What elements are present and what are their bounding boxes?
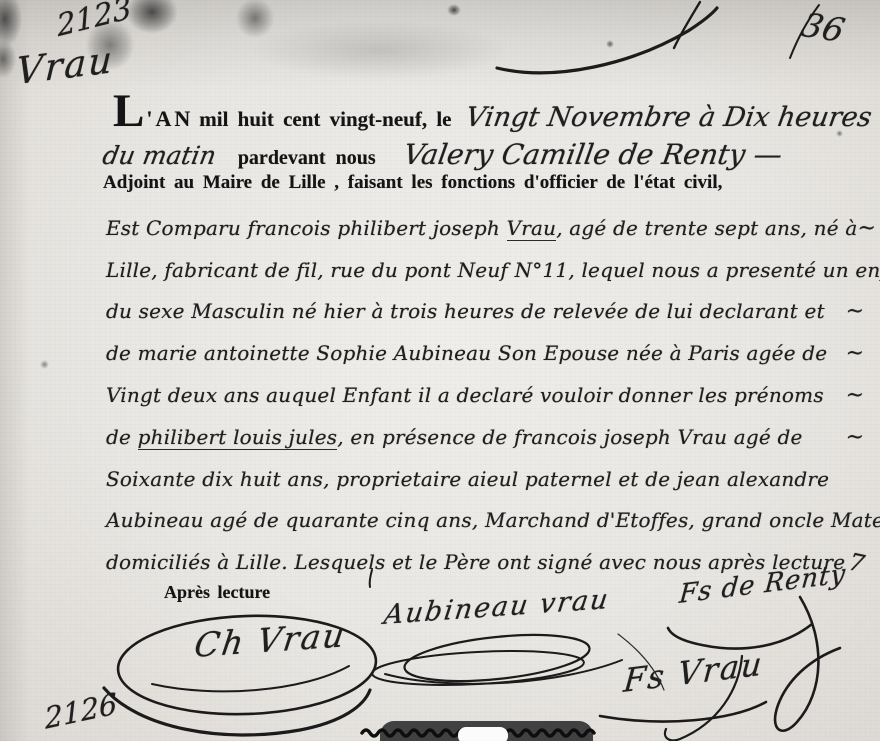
act-line: Lille, fabricant de fil, rue du pont Neu… [106, 243, 864, 285]
ink-smudge [0, 0, 22, 46]
header-year-line: mil huit cent vingt-neuf, le [199, 107, 451, 132]
ink-speck [447, 4, 461, 16]
margin-name-vrau: Vrau [15, 38, 115, 94]
act-line: Soixante dix huit ans, proprietaire aieu… [106, 452, 864, 494]
signature-underline-swoosh [152, 666, 349, 691]
renty-loop-descender [775, 597, 840, 731]
signature-aubineau: Aubineau vrau [382, 584, 612, 631]
margin-number-top: 2123 [55, 0, 133, 44]
ink-speck [40, 360, 49, 369]
line-end-mark: ~ [857, 215, 875, 243]
line-end-mark: ~ [846, 424, 864, 452]
pardevant-nous: pardevant nous [238, 147, 376, 170]
signature-ch-vrau: Ch Vrau [192, 615, 349, 665]
act-line: Aubineau agé de quarante cinq ans, March… [106, 494, 864, 536]
fsvrau-underline [600, 702, 766, 721]
signature-fs-vrau: Fs Vrau [622, 644, 765, 700]
ink-smudge [126, 0, 178, 34]
line-end-mark: ~ [846, 382, 864, 410]
officer-name-fill: Valery Camille de Renty — [401, 138, 784, 171]
act-line: Est Comparu francois philibert joseph Vr… [106, 201, 864, 243]
act-header-line2: du matin pardevant nous Valery Camille d… [103, 138, 782, 171]
act-line: du sexe Masculin né hier à trois heures … [106, 285, 864, 327]
margin-number-bottom: 2126 [44, 686, 119, 736]
dropcap-L: L [113, 94, 146, 128]
ink-smudge [236, 0, 274, 38]
overlay-handle[interactable] [458, 727, 508, 741]
aubineau-flourish-oval2 [371, 646, 584, 689]
header-an: 'AN [146, 106, 193, 132]
page-number: 36 [797, 5, 849, 49]
act-header-line1: L'AN mil huit cent vingt-neuf, le Vingt … [113, 94, 871, 133]
line-end-mark: 7 [846, 548, 867, 579]
act-line: de philibert louis jules, en présence de… [106, 410, 864, 452]
ink-smudge [0, 40, 16, 78]
paraph-cross-stroke [674, 2, 700, 48]
apres-lecture-label: Après lecture [164, 582, 270, 603]
scanned-birth-record-page: 2123 Vrau 2126 36 L'AN mil huit cent vin… [0, 0, 880, 741]
aubineau-tail [385, 660, 622, 684]
signature-oval-outer-arc [104, 688, 370, 735]
act-line: de marie antoinette Sophie Aubineau Son … [106, 326, 864, 368]
du-matin-fill: du matin [100, 141, 218, 170]
ink-speck [606, 40, 614, 48]
paraph-flourish [497, 8, 717, 73]
line-end-mark: ~ [846, 298, 864, 326]
line-end-mark: ~ [846, 340, 864, 368]
act-body: Est Comparu francois philibert joseph Vr… [106, 201, 864, 577]
renty-underline-swoosh [668, 624, 812, 649]
paper-shadow [250, 20, 510, 80]
act-header-line3: Adjoint au Maire de Lille , faisant les … [103, 172, 722, 194]
date-time-fill: Vingt Novembre à Dix heures [463, 102, 873, 133]
act-line: Vingt deux ans auquel Enfant il a declar… [106, 368, 864, 410]
aubineau-flourish-oval [402, 627, 591, 688]
